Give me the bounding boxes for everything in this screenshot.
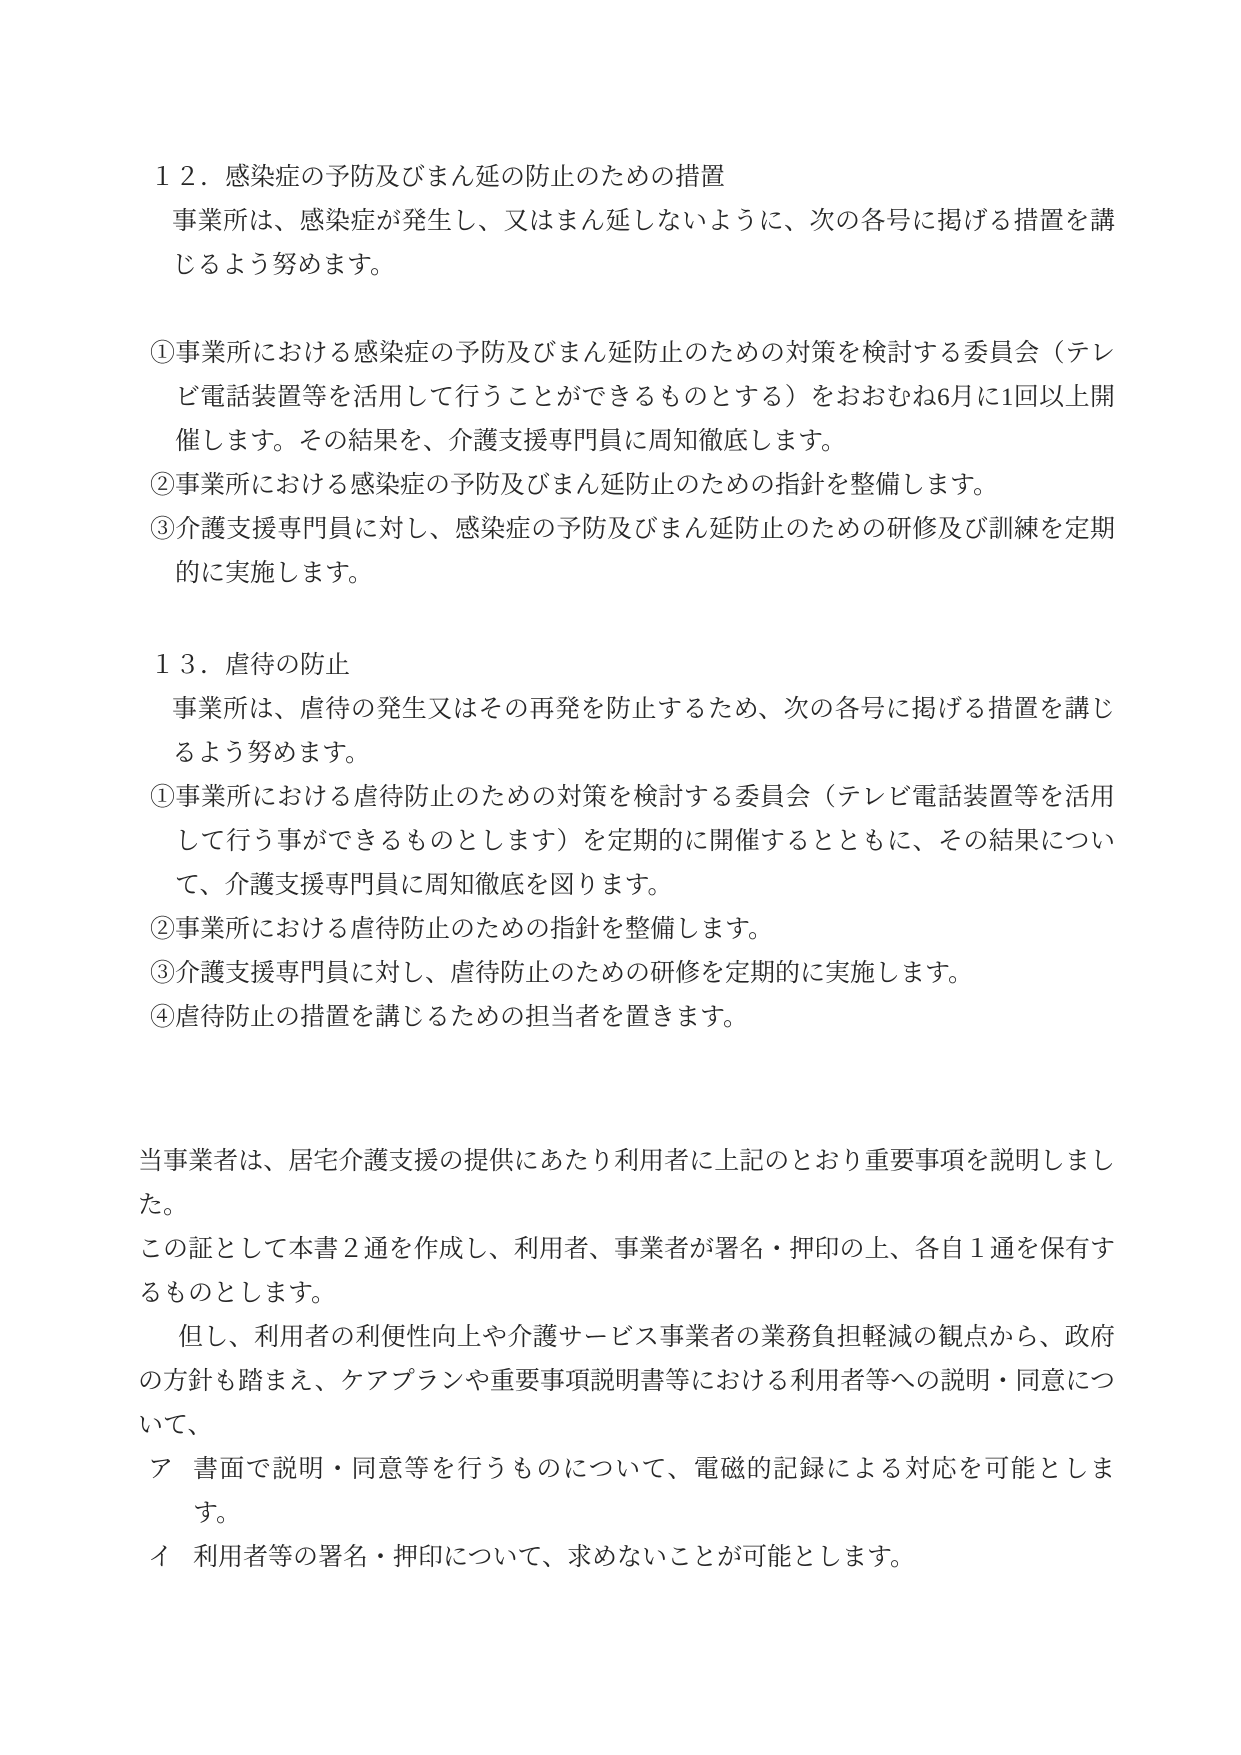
list-item: ①事業所における感染症の予防及びまん延防止のための対策を検討する委員会（テレビ電… <box>150 332 1115 464</box>
section-abuse-prevention: １３．虐待の防止 事業所は、虐待の発生又はその再発を防止するため、次の各号に掲げ… <box>150 644 1115 1040</box>
section-12-item-list: ①事業所における感染症の予防及びまん延防止のための対策を検討する委員会（テレビ電… <box>150 332 1115 596</box>
kana-text: 利用者等の署名・押印について、求めないことが可能とします。 <box>193 1536 1115 1580</box>
document-page: １２．感染症の予防及びまん延の防止のための措置 事業所は、感染症が発生し、又はま… <box>0 0 1241 1755</box>
section-heading-12: １２．感染症の予防及びまん延の防止のための措置 <box>150 156 1115 200</box>
section-heading-13: １３．虐待の防止 <box>150 644 1115 688</box>
list-item: ③介護支援専門員に対し、感染症の予防及びまん延防止のための研修及び訓練を定期的に… <box>150 508 1115 596</box>
list-item: ③介護支援専門員に対し、虐待防止のための研修を定期的に実施します。 <box>150 952 1115 996</box>
section-intro-12: 事業所は、感染症が発生し、又はまん延しないように、次の各号に掲げる措置を講じるよ… <box>172 200 1115 288</box>
section-intro-13: 事業所は、虐待の発生又はその再発を防止するため、次の各号に掲げる措置を講じるよう… <box>172 688 1115 776</box>
closing-statement: 当事業者は、居宅介護支援の提供にあたり利用者に上記のとおり重要事項を説明しました… <box>138 1140 1115 1580</box>
list-item: ②事業所における虐待防止のための指針を整備します。 <box>150 908 1115 952</box>
closing-paragraph-copies: この証として本書２通を作成し、利用者、事業者が署名・押印の上、各自１通を保有する… <box>138 1228 1115 1316</box>
kana-list: ア 書面で説明・同意等を行うものについて、電磁的記録による対応を可能とします。 … <box>138 1448 1115 1580</box>
kana-label: イ <box>148 1536 173 1580</box>
closing-paragraph-explained: 当事業者は、居宅介護支援の提供にあたり利用者に上記のとおり重要事項を説明しました… <box>138 1140 1115 1228</box>
kana-text: 書面で説明・同意等を行うものについて、電磁的記録による対応を可能とします。 <box>193 1448 1115 1536</box>
list-item: ①事業所における虐待防止のための対策を検討する委員会（テレビ電話装置等を活用して… <box>150 776 1115 908</box>
closing-paragraph-proviso: 但し、利用者の利便性向上や介護サービス事業者の業務負担軽減の観点から、政府の方針… <box>138 1316 1115 1448</box>
section-infection-prevention: １２．感染症の予防及びまん延の防止のための措置 事業所は、感染症が発生し、又はま… <box>150 156 1115 596</box>
kana-item-i: イ 利用者等の署名・押印について、求めないことが可能とします。 <box>148 1536 1115 1580</box>
kana-item-a: ア 書面で説明・同意等を行うものについて、電磁的記録による対応を可能とします。 <box>148 1448 1115 1536</box>
list-item: ④虐待防止の措置を講じるための担当者を置きます。 <box>150 996 1115 1040</box>
section-13-item-list: ①事業所における虐待防止のための対策を検討する委員会（テレビ電話装置等を活用して… <box>150 776 1115 1040</box>
list-item: ②事業所における感染症の予防及びまん延防止のための指針を整備します。 <box>150 464 1115 508</box>
kana-label: ア <box>148 1448 173 1536</box>
